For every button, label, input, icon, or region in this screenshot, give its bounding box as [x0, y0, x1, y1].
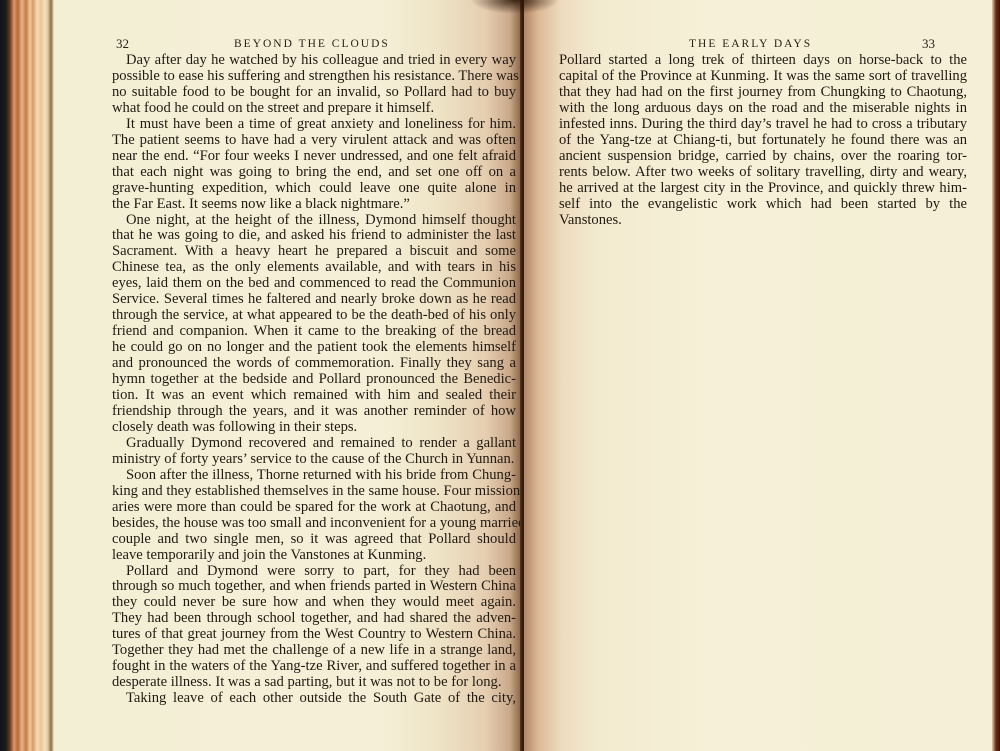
- text-line: grave-hunting expedition, which could le…: [112, 181, 516, 197]
- text-line: The patient seems to have had a very vir…: [112, 133, 516, 149]
- page-number: 33: [922, 36, 935, 52]
- body-text: Day after day he watched by his colleagu…: [112, 53, 516, 707]
- right-page: THE EARLY DAYS 33 Pollard started a long…: [524, 0, 992, 751]
- left-page: 32 BEYOND THE CLOUDS Day after day he wa…: [54, 0, 524, 751]
- text-line: aries were more than could be spared for…: [112, 500, 516, 516]
- binding-shadow: [470, 0, 560, 14]
- text-line: ministry of forty years’ service to the …: [112, 452, 516, 468]
- text-line: Gradually Dymond recovered and remained …: [112, 436, 516, 452]
- text-line: near the end. “For four weeks I never un…: [112, 149, 516, 165]
- text-line: that each night was going to bring the e…: [112, 165, 516, 181]
- text-line: Taking leave of each other outside the S…: [112, 691, 516, 707]
- text-line: friend and companion. When it came to th…: [112, 324, 516, 340]
- text-line: they could never be sure how and when th…: [112, 595, 516, 611]
- page-number: 32: [116, 36, 129, 52]
- text-line: Pollard and Dymond were sorry to part, f…: [112, 564, 516, 580]
- text-line: king and they established themselves in …: [112, 484, 516, 500]
- text-line: capital of the Province at Kunming. It w…: [559, 69, 967, 85]
- text-line: leave temporarily and join the Vanstones…: [112, 548, 516, 564]
- text-line: closely death was following in their ste…: [112, 420, 516, 436]
- text-line: hymn together at the bedside and Pollard…: [112, 372, 516, 388]
- text-line: no suitable food to be bought for an inv…: [112, 85, 516, 101]
- text-line: friendship through the years, and it was…: [112, 404, 516, 420]
- text-line: Together they had met the challenge of a…: [112, 643, 516, 659]
- text-line: It must have been a time of great anxiet…: [112, 117, 516, 133]
- text-line: Vanstones.: [559, 213, 967, 229]
- text-line: One night, at the height of the illness,…: [112, 213, 516, 229]
- text-line: Service. Several times he faltered and n…: [112, 292, 516, 308]
- text-line: tures of that great journey from the Wes…: [112, 627, 516, 643]
- text-line: tion. It was an event which remained wit…: [112, 388, 516, 404]
- text-line: Soon after the illness, Thorne returned …: [112, 468, 516, 484]
- text-line: Sacrament. With a heavy heart he prepare…: [112, 244, 516, 260]
- text-line: Pollard started a long trek of thirteen …: [559, 53, 967, 69]
- text-line: through so much together, and when frien…: [112, 579, 516, 595]
- text-line: he arrived at the largest city in the Pr…: [559, 181, 967, 197]
- text-line: rents below. After two weeks of solitary…: [559, 165, 967, 181]
- text-line: the Far East. It seems now like a black …: [112, 197, 516, 213]
- text-line: eyes, laid them on the bed and commenced…: [112, 276, 516, 292]
- text-line: fought in the waters of the Yang-tze Riv…: [112, 659, 516, 675]
- text-line: desperate illness. It was a sad parting,…: [112, 675, 516, 691]
- running-head: THE EARLY DAYS: [689, 38, 812, 50]
- page-edges: [0, 0, 54, 751]
- text-line: infested inns. During the third day’s tr…: [559, 117, 967, 133]
- body-text: Pollard started a long trek of thirteen …: [559, 53, 967, 228]
- text-line: with the long arduous days on the road a…: [559, 101, 967, 117]
- text-line: They had been through school together, a…: [112, 611, 516, 627]
- text-line: and pronounced the words of commemoratio…: [112, 356, 516, 372]
- text-line: couple and two single men, so it was agr…: [112, 532, 516, 548]
- text-line: ancient suspension bridge, carried by ch…: [559, 149, 967, 165]
- text-line: self into the evangelistic work which ha…: [559, 197, 967, 213]
- book-spread: 32 BEYOND THE CLOUDS Day after day he wa…: [0, 0, 1000, 751]
- text-line: of the Yang-tze at Chiang-ti, but fortun…: [559, 133, 967, 149]
- text-line: through the service, at what appeared to…: [112, 308, 516, 324]
- page-edge-right: [992, 0, 1000, 751]
- text-line: that he was going to die, and asked his …: [112, 228, 516, 244]
- text-line: Chinese tea, as the only elements availa…: [112, 260, 516, 276]
- text-line: he could go on no longer and the patient…: [112, 340, 516, 356]
- text-line: besides, the house was too small and inc…: [112, 516, 516, 532]
- running-head: BEYOND THE CLOUDS: [234, 38, 390, 50]
- text-line: what food he could on the street and pre…: [112, 101, 516, 117]
- text-line: Day after day he watched by his colleagu…: [112, 53, 516, 69]
- text-line: that they had had on the first journey f…: [559, 85, 967, 101]
- text-line: possible to ease his suffering and stren…: [112, 69, 516, 85]
